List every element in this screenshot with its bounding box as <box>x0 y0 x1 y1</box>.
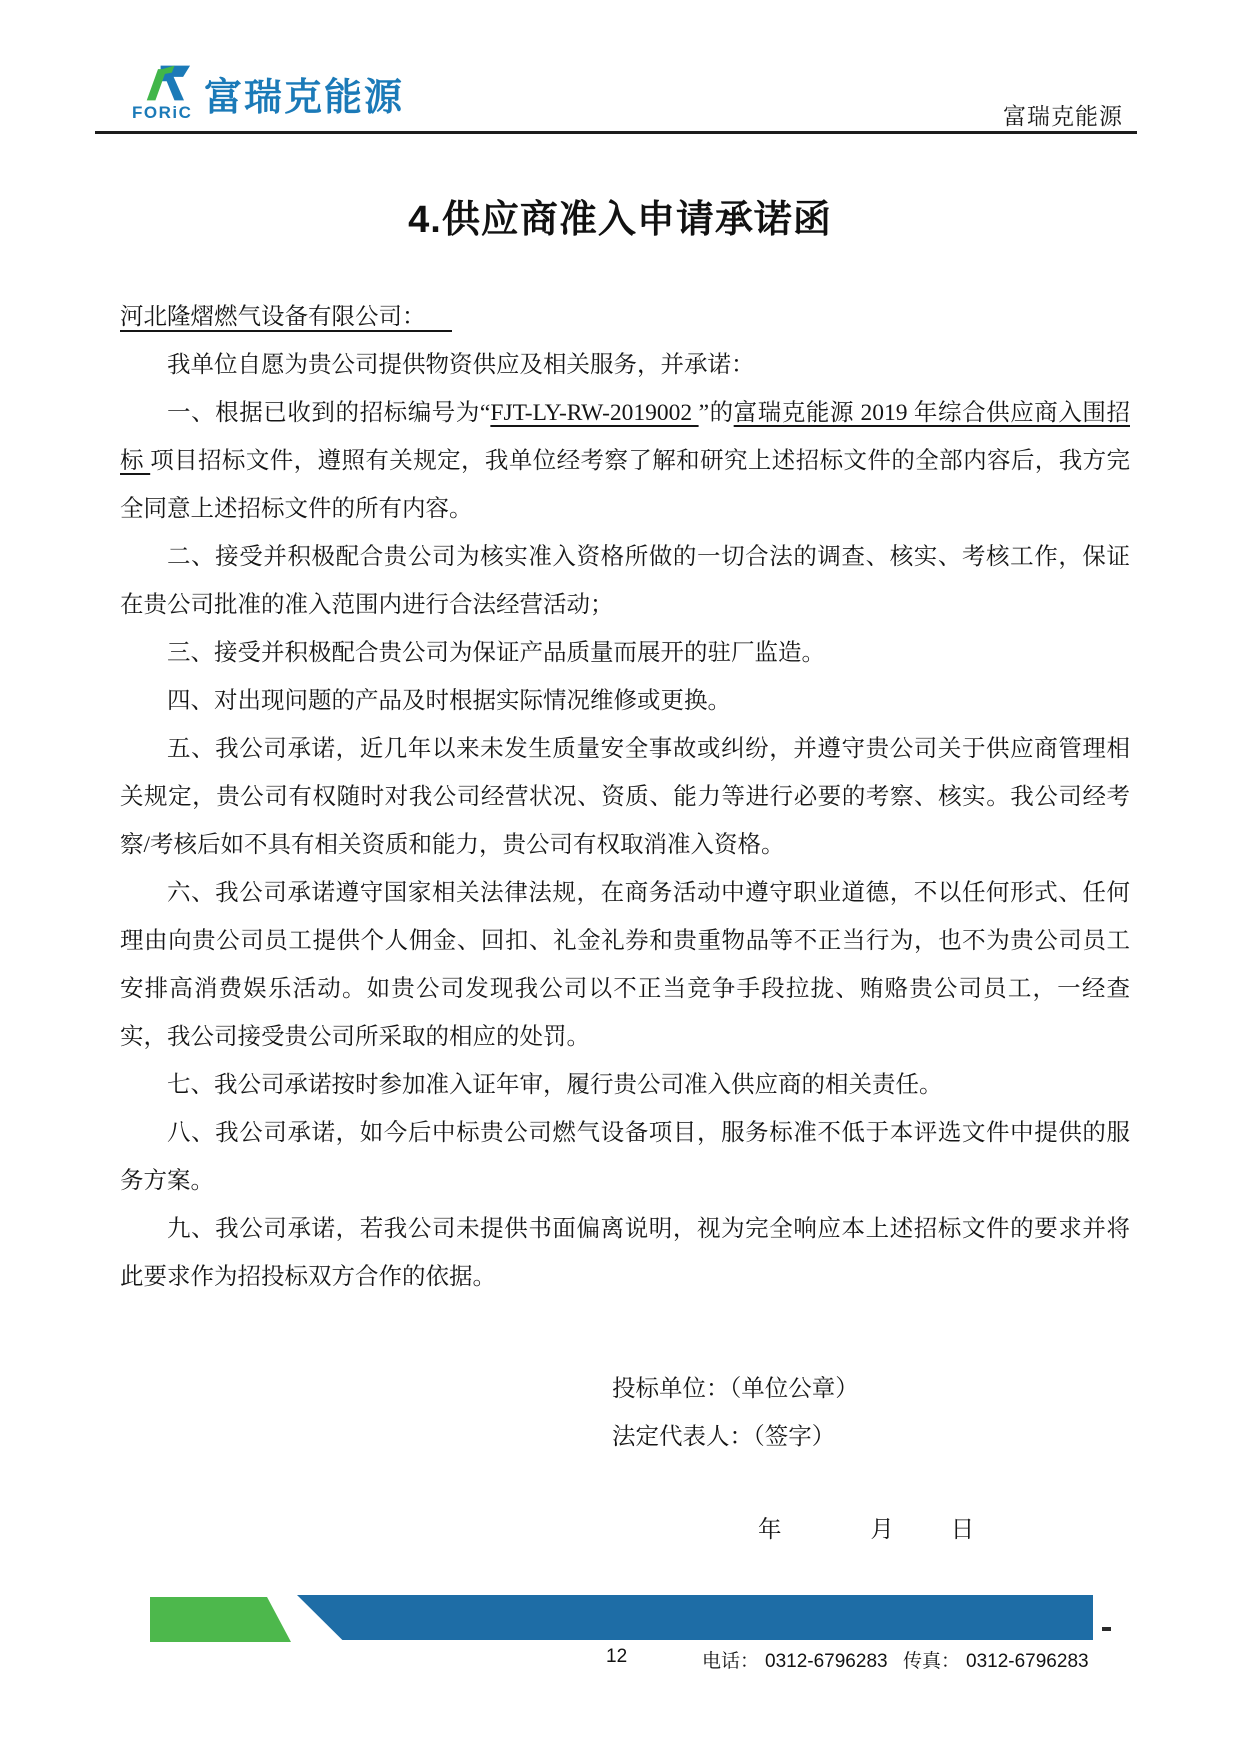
document-page: FORiC 富瑞克能源 富瑞克能源 4.供应商准入申请承诺函 河北隆熠燃气设备有… <box>0 0 1240 1754</box>
paragraph: 九、我公司承诺，若我公司未提供书面偏离说明，视为完全响应本上述招标文件的要求并将… <box>120 1205 1130 1301</box>
text-run: 五、我公司承诺，近几年以来未发生质量安全事故或纠纷，并遵守贵公司关于供应商管理相… <box>120 736 1130 858</box>
brand-latin-text: FORiC <box>132 103 192 123</box>
page-title: 4.供应商准入申请承诺函 <box>0 188 1240 243</box>
paragraph: 我单位自愿为贵公司提供物资供应及相关服务，并承诺： <box>120 341 1130 389</box>
phone-value: 0312-6796283 <box>765 1651 888 1672</box>
salutation-text: 河北隆熠燃气设备有限公司： <box>120 304 452 332</box>
footer-dash-mark <box>1102 1627 1111 1631</box>
paragraph: 三、接受并积极配合贵公司为保证产品质量而展开的驻厂监造。 <box>120 629 1130 677</box>
brand-cn-text: 富瑞克能源 <box>204 66 404 121</box>
text-run: ”的 <box>699 400 734 426</box>
paragraph: 八、我公司承诺，如今后中标贵公司燃气设备项目，服务标准不低于本评选文件中提供的服… <box>120 1109 1130 1205</box>
date-year-label: 年 <box>758 1517 782 1543</box>
document-body: 河北隆熠燃气设备有限公司： 我单位自愿为贵公司提供物资供应及相关服务，并承诺：一… <box>120 293 1130 1301</box>
footer-banner-blue <box>297 1595 1093 1640</box>
text-run: 二、接受并积极配合贵公司为核实准入资格所做的一切合法的调查、核实、考核工作，保证… <box>120 544 1130 618</box>
paragraph: 五、我公司承诺，近几年以来未发生质量安全事故或纠纷，并遵守贵公司关于供应商管理相… <box>120 725 1130 869</box>
signature-block: 投标单位：（单位公章） 法定代表人：（签字） <box>612 1365 859 1461</box>
paragraph: 六、我公司承诺遵守国家相关法律法规，在商务活动中遵守职业道德，不以任何形式、任何… <box>120 869 1130 1061</box>
header-right-text: 富瑞克能源 <box>1003 98 1123 131</box>
paragraph: 四、对出现问题的产品及时根据实际情况维修或更换。 <box>120 677 1130 725</box>
text-run: 项目招标文件，遵照有关规定，我单位经考察了解和研究上述招标文件的全部内容后，我方… <box>120 448 1130 522</box>
paragraph: 一、根据已收到的招标编号为“FJT-LY-RW-2019002 ”的富瑞克能源 … <box>120 389 1130 533</box>
text-run: 七、我公司承诺按时参加准入证年审，履行贵公司准入供应商的相关责任。 <box>167 1072 943 1098</box>
text-run: 我单位自愿为贵公司提供物资供应及相关服务，并承诺： <box>167 352 755 378</box>
legal-rep-label: 法定代表人：（签字） <box>612 1413 859 1461</box>
page-number: 12 <box>606 1646 627 1668</box>
text-run: 一、根据已收到的招标编号为“ <box>167 400 490 426</box>
date-month-label: 月 <box>870 1517 894 1543</box>
paragraph: 二、接受并积极配合贵公司为核实准入资格所做的一切合法的调查、核实、考核工作，保证… <box>120 533 1130 629</box>
fax-label: 传真： <box>903 1651 960 1672</box>
underlined-text: FJT-LY-RW-2019002 <box>490 400 698 426</box>
phone-label: 电话： <box>702 1651 759 1672</box>
fax-value: 0312-6796283 <box>966 1651 1089 1672</box>
text-run: 九、我公司承诺，若我公司未提供书面偏离说明，视为完全响应本上述招标文件的要求并将… <box>120 1216 1130 1290</box>
text-run: 四、对出现问题的产品及时根据实际情况维修或更换。 <box>167 688 731 714</box>
text-run: 八、我公司承诺，如今后中标贵公司燃气设备项目，服务标准不低于本评选文件中提供的服… <box>120 1120 1130 1194</box>
text-run: 三、接受并积极配合贵公司为保证产品质量而展开的驻厂监造。 <box>167 640 825 666</box>
salutation-line: 河北隆熠燃气设备有限公司： <box>120 293 1130 341</box>
text-run: 六、我公司承诺遵守国家相关法律法规，在商务活动中遵守职业道德，不以任何形式、任何… <box>120 880 1130 1050</box>
date-day-label: 日 <box>951 1517 975 1543</box>
header-divider <box>95 131 1137 134</box>
footer-banner-green <box>150 1597 291 1642</box>
bidder-label: 投标单位：（单位公章） <box>612 1365 859 1413</box>
footer-fax: 传真：0312-6796283 <box>903 1646 1089 1673</box>
date-line: 年 月 日 <box>758 1510 974 1544</box>
foric-logo-icon <box>145 60 197 106</box>
body-paragraphs: 我单位自愿为贵公司提供物资供应及相关服务，并承诺：一、根据已收到的招标编号为“F… <box>120 341 1130 1301</box>
paragraph: 七、我公司承诺按时参加准入证年审，履行贵公司准入供应商的相关责任。 <box>120 1061 1130 1109</box>
footer-phone: 电话：0312-6796283 <box>702 1646 888 1673</box>
